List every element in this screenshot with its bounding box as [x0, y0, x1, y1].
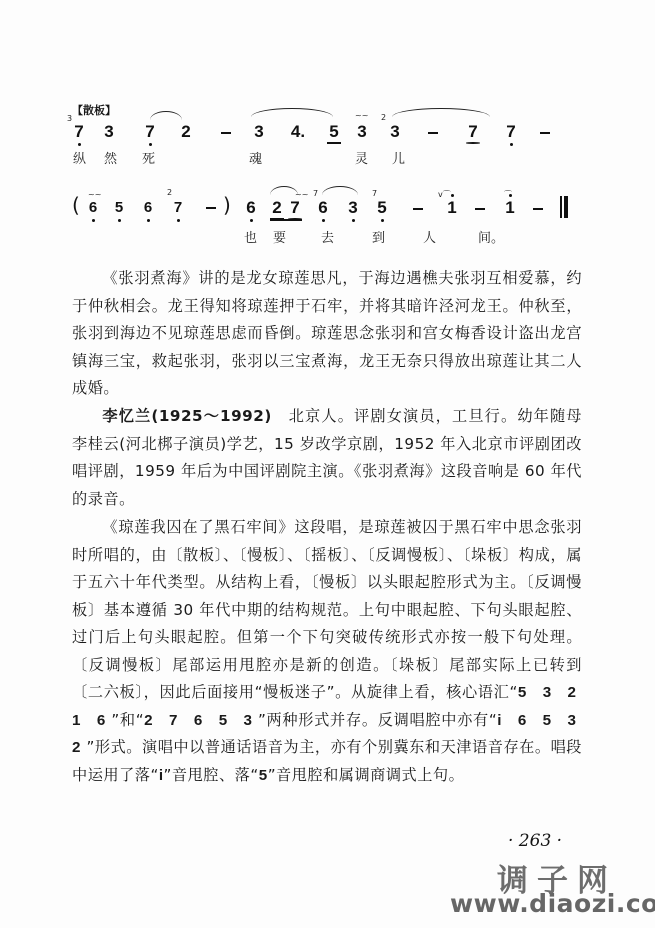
note: 1 [445, 199, 459, 216]
note: 6 [86, 199, 100, 216]
dash [533, 208, 543, 210]
group-underline [270, 219, 302, 221]
close-paren: ) [223, 193, 231, 217]
tempo-label: 【散板】 [72, 102, 116, 118]
note: 7 [288, 199, 302, 216]
biography-heading: 李忆兰(1925～1992) [102, 407, 271, 425]
grace-note-ornament: 2 [381, 114, 386, 122]
note: 5 [112, 199, 126, 216]
note: 7 [143, 123, 157, 140]
lyric: 要 [273, 232, 286, 246]
note: 5 [327, 123, 341, 140]
lyric: 人 [423, 232, 436, 246]
slur [251, 108, 333, 117]
page-number: · 263 · [508, 831, 562, 851]
lyric: 间。 [478, 232, 504, 246]
note: 3 [252, 123, 266, 140]
paragraph-text: 《琼莲我囚在了黑石牢间》这段唱，是琼莲被囚于黑石牢中思念张羽时所唱的，由〔散板〕… [72, 518, 582, 701]
note: 1 [503, 199, 517, 216]
note: 7 [72, 123, 86, 140]
paragraph-biography: 李忆兰(1925～1992) 北京人。评剧女演员，工旦行。幼年随母李桂云(河北梆… [72, 403, 582, 513]
note: 2 [179, 123, 193, 140]
dash [221, 132, 231, 134]
dash [540, 132, 550, 134]
note: 6 [141, 199, 155, 216]
paragraph-body: 李忆兰(1925～1992) 北京人。评剧女演员，工旦行。幼年随母李桂云(河北梆… [72, 403, 582, 513]
note: 3 [346, 199, 360, 216]
slur [150, 111, 182, 120]
trill-ornament: ~~ [355, 112, 368, 120]
note: 2 [270, 199, 284, 216]
note: 3 [388, 123, 402, 140]
paragraph-text: ”音甩腔和属调商调式上句。 [268, 766, 465, 784]
trill-ornament: ~~ [88, 191, 101, 199]
note: 3 [102, 123, 116, 140]
lyric: 纵 [73, 153, 86, 167]
paragraph-body: 《琼莲我囚在了黑石牢间》这段唱，是琼莲被囚于黑石牢中思念张羽时所唱的，由〔散板〕… [72, 514, 582, 789]
lyric: 灵 [355, 153, 368, 167]
grace-note-ornament: 3 [67, 115, 72, 123]
dash [428, 132, 438, 134]
motif-notation: 2 7 6 5 3 [144, 712, 258, 729]
note: 4. [288, 123, 308, 140]
note: 6 [316, 199, 330, 216]
paragraph-text: ”两种形式并存。反调唱腔中亦有“ [258, 711, 497, 729]
note: 7 [466, 123, 480, 140]
lyric: 然 [104, 153, 117, 167]
dash [206, 207, 216, 209]
note: 7 [504, 123, 518, 140]
paragraph-text: 《张羽煮海》讲的是龙女琼莲思凡，于海边遇樵夫张羽互相爱慕，约于仲秋相会。龙王得知… [72, 265, 582, 403]
open-paren: ( [72, 193, 80, 217]
grace-note-ornament: 7 [372, 190, 377, 198]
lyric: 儿 [392, 153, 405, 167]
note: 5 [375, 199, 389, 216]
final-barline [560, 196, 562, 218]
slur [270, 186, 298, 195]
lyric: 也 [244, 232, 257, 246]
lyric: 死 [142, 153, 155, 167]
note: 6 [244, 199, 258, 216]
lyric: 魂 [249, 153, 262, 167]
slur [392, 108, 490, 117]
lyric: 去 [321, 232, 334, 246]
lyric: 到 [372, 232, 385, 246]
final-barline-thick [564, 196, 568, 218]
motif-notation: 5 [259, 767, 268, 784]
grace-note-ornament: 2 [167, 189, 172, 197]
paragraph-text: ”和“ [111, 711, 144, 729]
slur [322, 186, 358, 195]
note: 3 [355, 123, 369, 140]
watermark-url: www.diaozi.com [450, 889, 655, 918]
note: 7 [171, 199, 185, 216]
dash [413, 208, 423, 210]
paragraph-text: ”音甩腔、落“ [164, 766, 259, 784]
grace-note-ornament: 7 [313, 190, 318, 198]
paragraph-plot-summary: 《张羽煮海》讲的是龙女琼莲思凡，于海边遇樵夫张羽互相爱慕，约于仲秋相会。龙王得知… [72, 265, 582, 403]
paragraph-analysis: 《琼莲我囚在了黑石牢间》这段唱，是琼莲被囚于黑石牢中思念张羽时所唱的，由〔散板〕… [72, 514, 582, 789]
dash [475, 208, 485, 210]
